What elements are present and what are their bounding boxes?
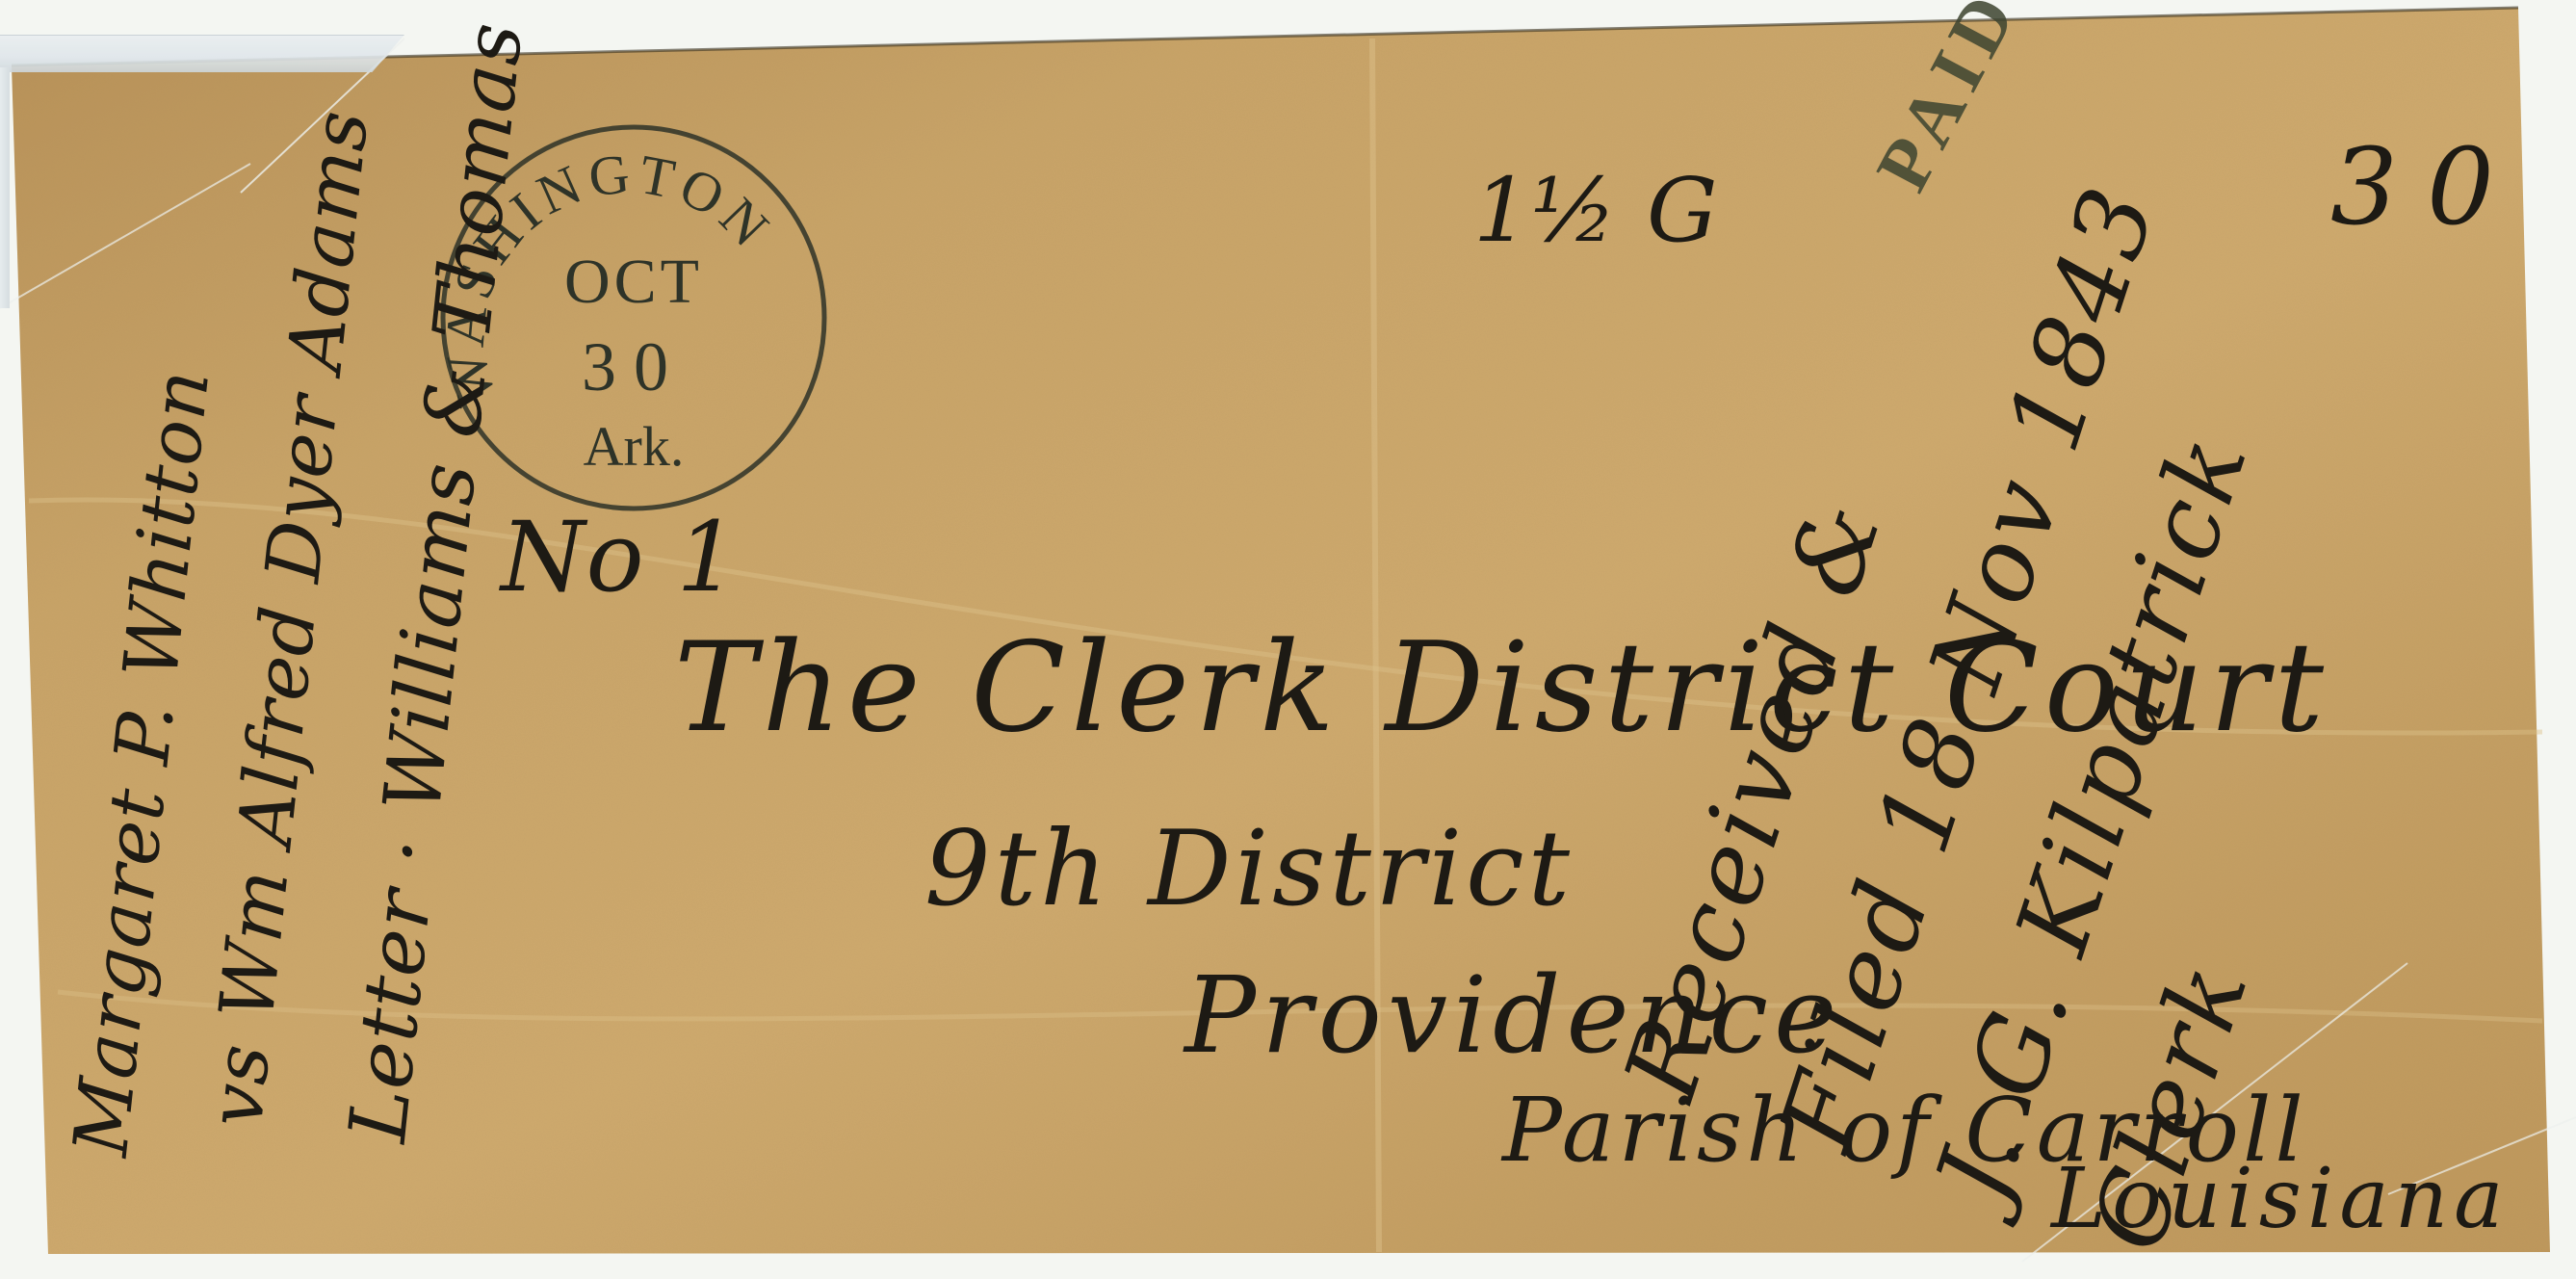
rate-marking: 1½ G: [1473, 159, 1718, 262]
plastic-sleeve-edge: [0, 67, 10, 308]
number-marking: No 1: [501, 501, 739, 613]
postage-amount: 30: [2330, 125, 2523, 248]
scan-canvas: WASHINGTON OCT 30 Ark. No 1 1½ G 30 PAID…: [0, 0, 2576, 1279]
plastic-sleeve-corner: [0, 35, 404, 72]
address-line-2: 9th District: [924, 809, 1574, 929]
